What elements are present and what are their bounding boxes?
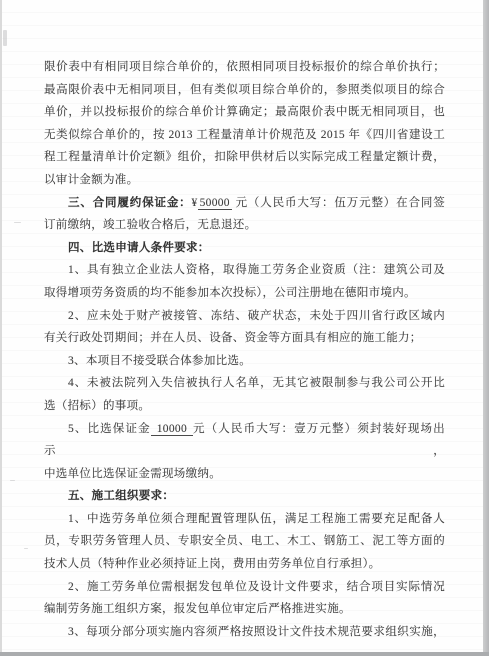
text-run: 1、具有独立企业法人资格，取得施工劳务企业资质（注：建筑公司及 xyxy=(68,264,445,276)
text-line: 程工程量清单计价定额》组价，扣除甲供材后以实际完成工程量定额计费， xyxy=(44,146,445,169)
text-run: 程工程量清单计价定额》组价，扣除甲供材后以实际完成工程量定额计费， xyxy=(44,151,445,163)
text-run: ¥ xyxy=(192,197,198,209)
text-line: 4、未被法院列入失信被执行人名单，无其它被限制参与我公司公开比 xyxy=(44,372,445,395)
text-line: 3、每项分部分项实施内容须严格按照设计文件技术规范要求组织实施， xyxy=(44,621,445,644)
text-line: 技术人员（特种作业必须持证上岗，费用由劳务单位自行承担）。 xyxy=(44,553,445,576)
text-line: 1、中选劳务单位须合理配置管理队伍，满足工程施工需要充足配备人 xyxy=(44,508,445,531)
scan-speck xyxy=(10,480,15,481)
scan-speck xyxy=(14,222,21,223)
text-run: 3、每项分部分项实施内容须严格按照设计文件技术规范要求组织实施， xyxy=(68,626,445,638)
text-line: 无类似综合单价的，按 2013 工程量清单计价规范及 2015 年《四川省建设工 xyxy=(44,124,445,147)
underlined-amount: 50000 xyxy=(198,197,232,210)
text-line: 5、比选保证金 10000 元（人民币大写：壹万元整）须封装好现场出示， xyxy=(44,418,445,463)
text-line: 取得增项劳务资质的均不能参加本次投标），公司注册地在德阳市境内。 xyxy=(44,282,445,305)
text-run: 5、比选保证金 xyxy=(68,423,151,435)
text-run: 单价，并以投标报价的综合单价计算确定；最高限价表中既无相同项目，也 xyxy=(44,106,445,118)
section-heading-text: 五、施工组织要求： xyxy=(68,490,174,502)
text-run: 2、施工劳务单位需根据发包单位及设计文件要求，结合项目实际情况 xyxy=(68,581,445,593)
text-line: 限价表中有相同项目综合单价的，依照相同项目投标报价的综合单价执行； xyxy=(44,56,445,79)
text-run: 取得增项劳务资质的均不能参加本次投标），公司注册地在德阳市境内。 xyxy=(44,287,416,299)
document-body: 限价表中有相同项目综合单价的，依照相同项目投标报价的综合单价执行；最高限价表中无… xyxy=(44,56,445,643)
text-run: 选（招标）的事项。 xyxy=(44,400,150,412)
section-heading-text: 四、比选申请人条件要求： xyxy=(68,242,210,254)
text-line: 选（招标）的事项。 xyxy=(44,395,445,418)
text-line: 中选单位比选保证金需现场缴纳。 xyxy=(44,463,445,486)
text-run: 4、未被法院列入失信被执行人名单，无其它被限制参与我公司公开比 xyxy=(68,377,445,389)
text-line: 1、具有独立企业法人资格，取得施工劳务企业资质（注：建筑公司及 xyxy=(44,259,445,282)
text-run: 有关行政处罚期间；并在人员、设备、资金等方面具有相应的施工能力； xyxy=(44,332,422,344)
text-run: 技术人员（特种作业必须持证上岗，费用由劳务单位自行承担）。 xyxy=(44,558,380,570)
text-line: 五、施工组织要求： xyxy=(44,485,445,508)
text-run: 1、中选劳务单位须合理配置管理队伍，满足工程施工需要充足配备人 xyxy=(68,513,445,525)
text-run: 编制劳务施工组织方案，报发包单位审定后严格推进实施。 xyxy=(44,603,351,615)
text-line: 最高限价表中无相同项目，但有类似项目综合单价的，参照类似项目的综合 xyxy=(44,79,445,102)
text-line: 三、合同履约保证金：¥50000 元（人民币大写：伍万元整）在合同签 xyxy=(44,192,445,215)
text-line: 2、施工劳务单位需根据发包单位及设计文件要求，结合项目实际情况 xyxy=(44,576,445,599)
text-line: 有关行政处罚期间；并在人员、设备、资金等方面具有相应的施工能力； xyxy=(44,327,445,350)
text-run: 订前缴纳，竣工验收合格后，无息退还。 xyxy=(44,219,256,231)
text-run: 中选单位比选保证金需现场缴纳。 xyxy=(44,468,221,480)
scan-edge-left xyxy=(0,0,2,656)
text-line: 四、比选申请人条件要求： xyxy=(44,237,445,260)
text-line: 订前缴纳，竣工验收合格后，无息退还。 xyxy=(44,214,445,237)
text-run: 2、应未处于财产被接管、冻结、破产状态，未处于四川省行政区域内 xyxy=(68,310,445,322)
text-line: 2、应未处于财产被接管、冻结、破产状态，未处于四川省行政区域内 xyxy=(44,305,445,328)
text-line: 单价，并以投标报价的综合单价计算确定；最高限价表中既无相同项目，也 xyxy=(44,101,445,124)
text-line: 以审计金额为准。 xyxy=(44,169,445,192)
text-run: 最高限价表中无相同项目，但有类似项目综合单价的，参照类似项目的综合 xyxy=(44,84,445,96)
scanned-document-page: 限价表中有相同项目综合单价的，依照相同项目投标报价的综合单价执行；最高限价表中无… xyxy=(0,0,489,656)
scan-edge-bottom xyxy=(0,652,489,656)
text-run: 3、本项目不接受联合体参加比选。 xyxy=(68,355,251,367)
text-run: 无类似综合单价的，按 2013 工程量清单计价规范及 2015 年《四川省建设工 xyxy=(44,129,445,141)
scan-speck xyxy=(24,548,28,549)
scan-speck xyxy=(3,30,7,46)
scan-edge-right xyxy=(483,0,489,656)
text-run: 元（人民币大写：伍万元整）在合同签 xyxy=(232,197,445,209)
underlined-amount: 10000 xyxy=(151,423,193,436)
text-line: 员，专职劳务管理人员、专职安全员、电工、木工、钢筋工、泥工等方面的 xyxy=(44,530,445,553)
text-line: 编制劳务施工组织方案，报发包单位审定后严格推进实施。 xyxy=(44,598,445,621)
text-run: 以审计金额为准。 xyxy=(44,174,138,186)
text-run: 限价表中有相同项目综合单价的，依照相同项目投标报价的综合单价执行； xyxy=(44,61,445,73)
text-line: 3、本项目不接受联合体参加比选。 xyxy=(44,350,445,373)
section-heading-text: 三、合同履约保证金： xyxy=(68,197,192,209)
text-run: 员，专职劳务管理人员、专职安全员、电工、木工、钢筋工、泥工等方面的 xyxy=(44,535,445,547)
